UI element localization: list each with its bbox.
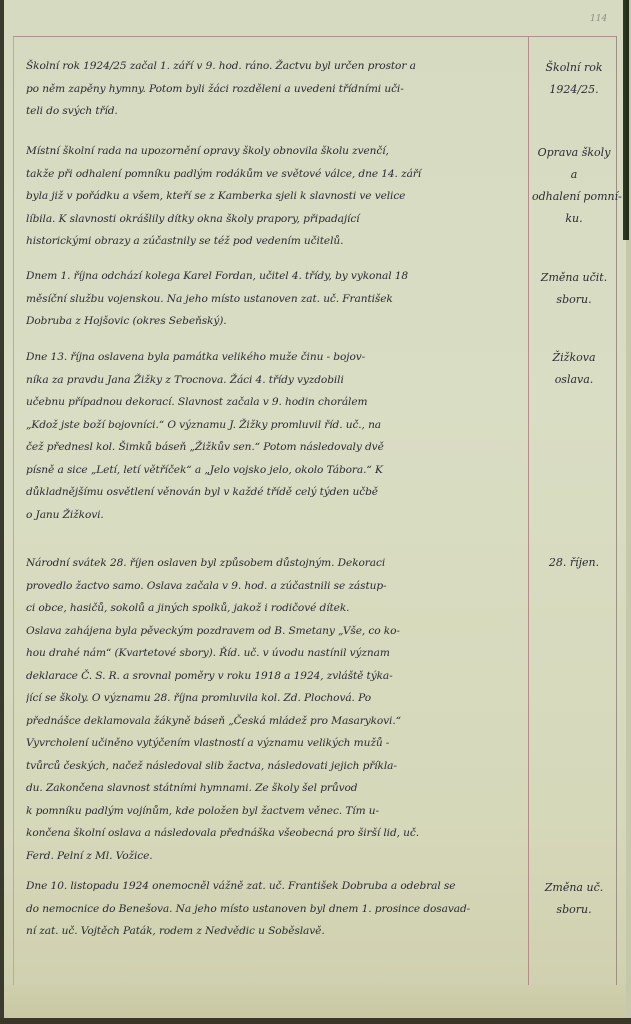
page-bottom-margin [4,985,626,1020]
entry-line: takže při odhalení pomníku padlým rodáků… [26,163,524,186]
entry-line: o Janu Žižkovi. [26,504,524,527]
margin-heading-school-year: Školní rok 1924/25. [532,57,616,101]
entry-line: Ferd. Pelní z Ml. Vožice. [26,845,524,868]
entry-line: hou drahé nám“ (Kvartetové sbory). Říd. … [26,642,524,665]
entry-line: čež přednesl kol. Šimků báseň „Žižkův se… [26,436,524,459]
entry-school-repair: Místní školní rada na upozornění opravy … [26,140,524,253]
entry-line: byla již v pořádku a všem, kteří se z Ka… [26,185,524,208]
entry-line: provedlo žactvo samo. Oslava začala v 9.… [26,575,524,598]
ledger-table: Školní rok 1924/25 začal 1. září v 9. ho… [13,36,617,986]
entry-line: Dnem 1. října odchází kolega Karel Forda… [26,265,524,288]
entry-line: jící se školy. O významu 28. října proml… [26,687,524,710]
margin-heading-staff-change-1: Změna učit. sboru. [532,267,616,311]
entry-line: Dne 13. října oslavena byla památka veli… [26,346,524,369]
entry-line: líbila. K slavnosti okrášlily dítky okna… [26,208,524,231]
margin-heading-staff-change-2: Změna uč. sboru. [532,877,616,921]
entry-line: měsíční službu vojenskou. Na jeho místo … [26,288,524,311]
entry-zizka-celebration: Dne 13. října oslavena byla památka veli… [26,346,524,526]
entry-line: důkladnějšímu osvětlení věnován byl v ka… [26,481,524,504]
entry-line: písně a sice „Letí, letí větříček“ a „Je… [26,459,524,482]
entry-line: Dne 10. listopadu 1924 onemocněl vážně z… [26,875,524,898]
entry-line: Oslava zahájena byla pěveckým pozdravem … [26,620,524,643]
entry-line: Místní školní rada na upozornění opravy … [26,140,524,163]
margin-heading-zizka-celebration: Žižkova oslava. [532,347,616,391]
entry-staff-change-1: Dnem 1. října odchází kolega Karel Forda… [26,265,524,333]
entry-school-year: Školní rok 1924/25 začal 1. září v 9. ho… [26,55,524,123]
entry-line: Dobruba z Hojšovic (okres Sebeňský). [26,310,524,333]
entry-line: teli do svých tříd. [26,100,524,123]
entry-line: do nemocnice do Benešova. Na jeho místo … [26,898,524,921]
entry-line: níka za pravdu Jana Žižky z Trocnova. Žá… [26,369,524,392]
entry-line: du. Zakončena slavnost státními hymnami.… [26,777,524,800]
entry-staff-change-2: Dne 10. listopadu 1924 onemocněl vážně z… [26,875,524,943]
entry-line: přednášce deklamovala žákyně báseň „Česk… [26,710,524,733]
entry-line: „Kdož jste boží bojovníci.“ O významu J.… [26,414,524,437]
entry-line: tvůrců českých, načež následoval slib ža… [26,755,524,778]
book-binding-shadow [623,0,629,240]
entry-line: ní zat. uč. Vojtěch Paták, rodem z Nedvě… [26,920,524,943]
entry-line: historickými obrazy a zúčastnily se též … [26,230,524,253]
entry-line: Národní svátek 28. říjen oslaven byl způ… [26,552,524,575]
entry-line: po něm zapěny hymny. Potom byli žáci roz… [26,78,524,101]
entry-line: končena školní oslava a následovala před… [26,822,524,845]
entry-line: deklarace Č. S. R. a srovnal poměry v ro… [26,665,524,688]
margin-heading-school-repair: Oprava školy a odhalení pomní- ku. [532,142,616,230]
entry-line: učebnu případnou dekorací. Slavnost zača… [26,391,524,414]
page-number: 114 [590,14,607,24]
entry-line: Vyvrcholení učiněno vytýčením vlastností… [26,732,524,755]
entry-line: ci obce, hasičů, sokolů a jiných spolků,… [26,597,524,620]
entry-line: k pomníku padlým vojínům, kde položen by… [26,800,524,823]
entry-october-28-holiday: Národní svátek 28. říjen oslaven byl způ… [26,552,524,867]
margin-column-rule [528,37,529,985]
entry-line: Školní rok 1924/25 začal 1. září v 9. ho… [26,55,524,78]
book-bottom-edge [0,1018,631,1024]
margin-heading-october-28: 28. říjen. [532,552,616,574]
ledger-page: 114 Školní rok 1924/25 začal 1. září v 9… [4,0,631,1020]
